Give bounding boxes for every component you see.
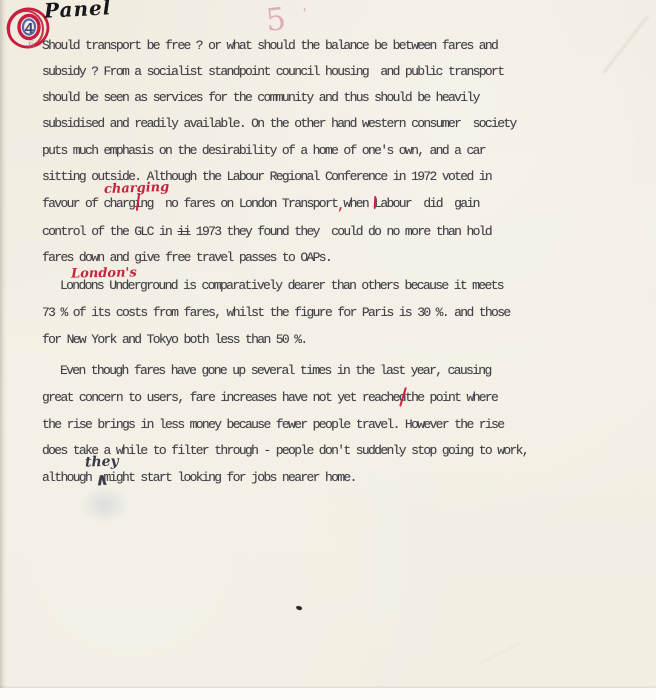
paper-background: 4 Panel 5 ' 6 Should transport be free ?… xyxy=(0,0,656,688)
typed-line: puts much emphasis on the desirability o… xyxy=(42,143,485,159)
red-comma-annotation: , xyxy=(337,198,343,213)
typed-segment: 1973 they found they could do no more th… xyxy=(190,224,491,239)
ink-speck xyxy=(295,605,302,611)
strikethrough-text: ii xyxy=(177,224,189,239)
correction-smudge xyxy=(80,486,130,524)
red-apostrophe-annotation: ' xyxy=(94,272,98,287)
panel-label: Panel xyxy=(43,0,111,23)
typed-segment: when Labour did gain xyxy=(343,196,478,211)
scanned-typewritten-page: { "annotations": { "panel": "Panel", "fa… xyxy=(0,0,656,700)
typed-segment: the point where xyxy=(405,390,497,405)
typed-line: great concern to users, fare increases h… xyxy=(42,390,497,406)
faint-page-number: 5 xyxy=(264,1,287,39)
typed-line: favour of charging no fares on London Tr… xyxy=(42,196,479,212)
londons-correction: London's xyxy=(71,265,137,281)
typed-line: 73 % of its costs from fares, whilst the… xyxy=(42,305,510,321)
paper-crease xyxy=(603,15,649,73)
they-insertion: they xyxy=(85,453,119,470)
circled-number: 4 xyxy=(25,20,34,37)
typed-line: control of the GLC in ii 1973 they found… xyxy=(42,224,491,240)
typed-segment: s Underground is comparatively dearer th… xyxy=(97,278,503,293)
typed-line: Should transport be free ? or what shoul… xyxy=(42,38,497,54)
typed-line: for New York and Tokyo both less than 50… xyxy=(42,332,307,348)
typed-line: subsidised and readily available. On the… xyxy=(42,116,516,132)
typed-line: should be seen as services for the commu… xyxy=(42,90,479,106)
charging-correction: charging xyxy=(104,180,170,197)
typed-line: Even though fares have gone up several t… xyxy=(60,363,491,379)
embossed-mark: 6 xyxy=(28,38,35,51)
paper-crease xyxy=(480,642,522,663)
typed-line: although might start looking for jobs ne… xyxy=(42,470,356,486)
typed-line: fares down and give free travel passes t… xyxy=(42,250,331,266)
faint-tick-mark: ' xyxy=(303,6,306,24)
typed-line: the rise brings in less money because fe… xyxy=(42,417,503,433)
typed-segment: control of the GLC in xyxy=(42,224,177,239)
typed-segment: favour of charging no fares on London Tr… xyxy=(42,196,337,211)
typed-segment: great concern to users, fare increases h… xyxy=(42,390,405,405)
typed-line: subsidy ? From a socialist standpoint co… xyxy=(42,64,503,80)
scan-bottom-strip xyxy=(0,688,656,700)
typed-segment: might start looking for jobs nearer home… xyxy=(104,470,356,485)
